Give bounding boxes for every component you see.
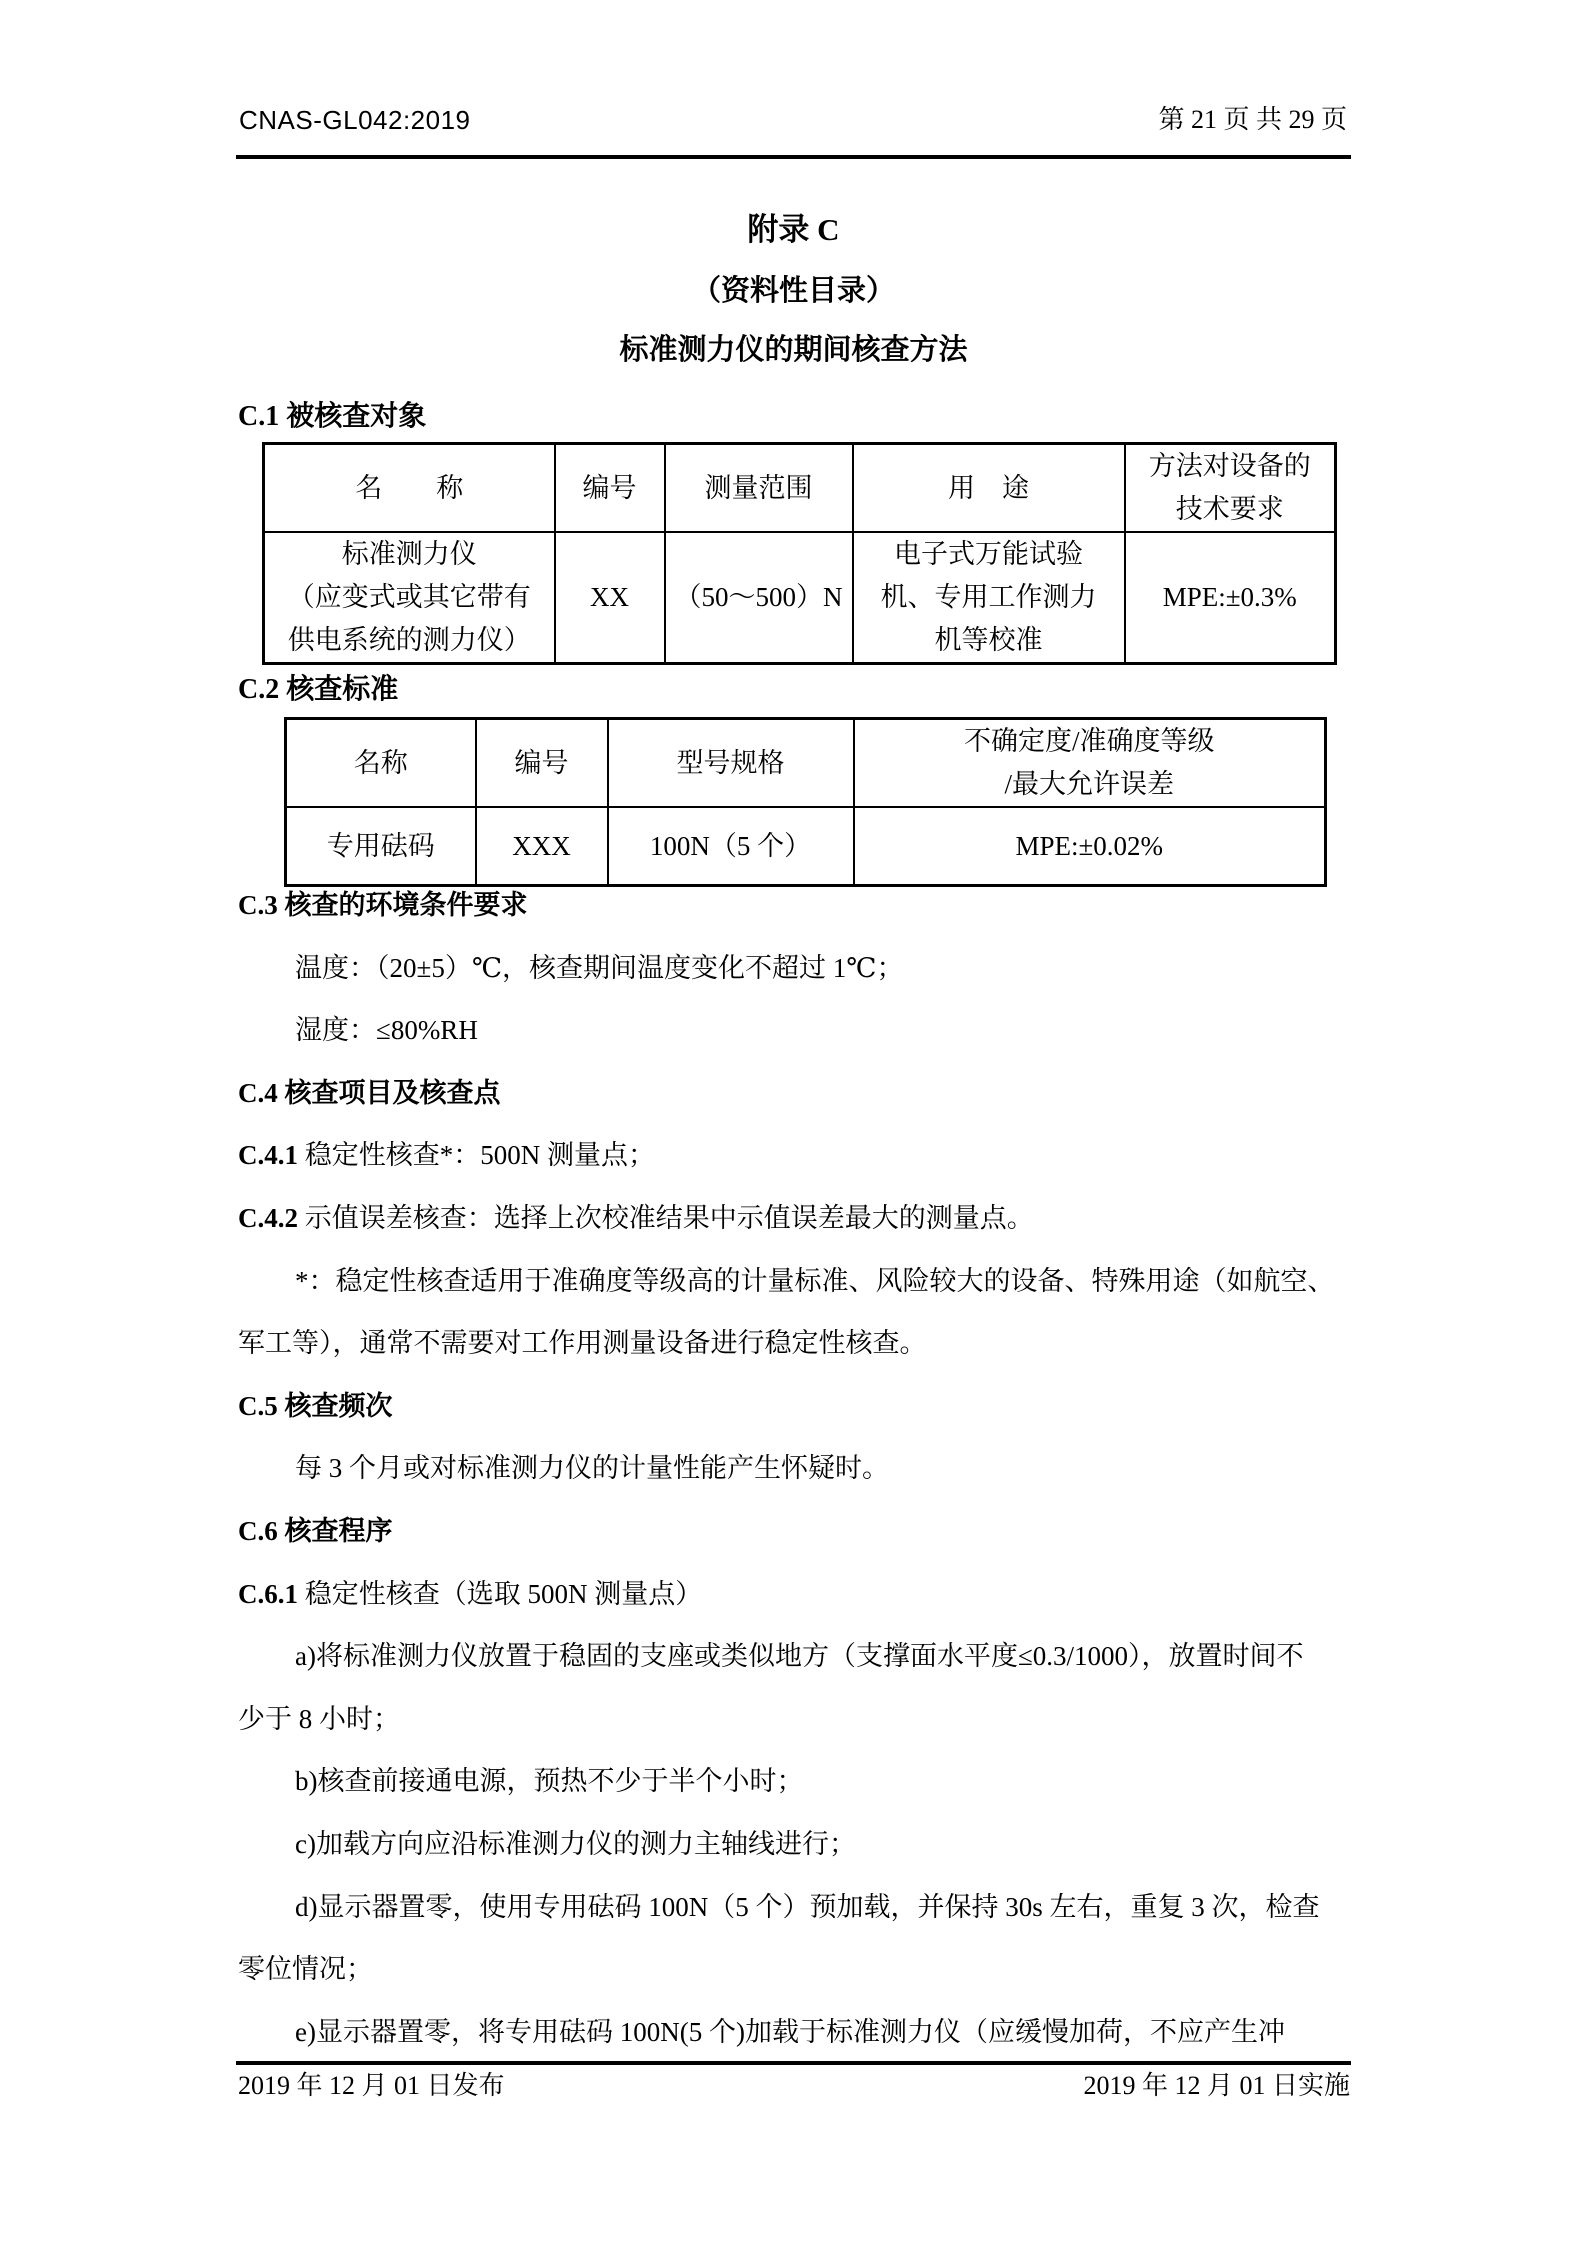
t1-cell-use-line1: 电子式万能试验 [854, 533, 1124, 576]
c6-1-line: C.6.1 稳定性核查（选取 500N 测量点） [238, 1563, 1349, 1626]
footer-implement-date: 2019 年 12 月 01 日实施 [1083, 2071, 1350, 2101]
document-title: 标准测力仪的期间核查方法 [0, 327, 1587, 368]
t1-cell-name-line2: （应变式或其它带有 [265, 576, 554, 619]
c4-note-line2: 军工等），通常不需要对工作用测量设备进行稳定性核查。 [238, 1312, 1349, 1375]
c3-humidity-line: 湿度：≤80%RH [238, 999, 1349, 1062]
footer-rule [236, 2061, 1351, 2065]
t2-header-uncertainty-line1: 不确定度/准确度等级 [855, 720, 1325, 763]
t1-cell-range: （50～500）N [665, 532, 853, 664]
c6-item-b-line: b)核查前接通电源，预热不少于半个小时； [238, 1750, 1349, 1813]
section-c3-heading: C.3 核查的环境条件要求 [238, 874, 1349, 937]
appendix-title: 附录 C [0, 204, 1587, 249]
section-c1-heading: C.1 被核查对象 [238, 394, 426, 434]
t1-header-requirement: 方法对设备的 技术要求 [1125, 444, 1336, 533]
t1-header-use: 用 途 [853, 444, 1125, 533]
page-footer: 2019 年 12 月 01 日发布 2019 年 12 月 01 日实施 [238, 2071, 1350, 2101]
checked-object-table: 名 称 编号 测量范围 用 途 方法对设备的 技术要求 标准测力仪 （应变式或其… [262, 442, 1337, 665]
header-page-number: 第 21 页 共 29 页 [1158, 104, 1347, 136]
section-c2-heading: C.2 核查标准 [238, 667, 398, 707]
c4-2-text: 示值误差核查：选择上次校准结果中示值误差最大的测量点。 [298, 1203, 1034, 1233]
t2-header-uncertainty-line2: /最大允许误差 [855, 763, 1325, 806]
body-text: C.3 核查的环境条件要求 温度：（20±5）℃，核查期间温度变化不超过 1℃；… [238, 874, 1349, 2063]
c6-1-number: C.6.1 [238, 1579, 298, 1609]
c4-1-line: C.4.1 稳定性核查*：500N 测量点； [238, 1124, 1349, 1187]
appendix-subtitle: （资料性目录） [0, 268, 1587, 309]
t1-header-name: 名 称 [264, 444, 555, 533]
table-row: 标准测力仪 （应变式或其它带有 供电系统的测力仪） XX （50～500）N 电… [264, 532, 1336, 664]
t1-cell-use: 电子式万能试验 机、专用工作测力 机等校准 [853, 532, 1125, 664]
c4-1-number: C.4.1 [238, 1140, 298, 1170]
section-c4-heading: C.4 核查项目及核查点 [238, 1062, 1349, 1125]
table-header-row: 名称 编号 型号规格 不确定度/准确度等级 /最大允许误差 [286, 719, 1326, 808]
table-header-row: 名 称 编号 测量范围 用 途 方法对设备的 技术要求 [264, 444, 1336, 533]
section-c6-heading: C.6 核查程序 [238, 1500, 1349, 1563]
c5-body-line: 每 3 个月或对标准测力仪的计量性能产生怀疑时。 [238, 1437, 1349, 1500]
t2-header-name: 名称 [286, 719, 476, 808]
t1-cell-mpe: MPE:±0.3% [1125, 532, 1336, 664]
t1-cell-name-line3: 供电系统的测力仪） [265, 619, 554, 662]
t1-cell-use-line3: 机等校准 [854, 619, 1124, 662]
c6-item-c-line: c)加载方向应沿标准测力仪的测力主轴线进行； [238, 1813, 1349, 1876]
t1-cell-name: 标准测力仪 （应变式或其它带有 供电系统的测力仪） [264, 532, 555, 664]
c4-1-text: 稳定性核查*：500N 测量点； [298, 1140, 655, 1170]
t2-header-id: 编号 [476, 719, 608, 808]
header-doc-code: CNAS-GL042:2019 [239, 104, 471, 136]
t1-cell-id: XX [555, 532, 665, 664]
t1-header-requirement-line1: 方法对设备的 [1126, 445, 1335, 488]
c4-2-line: C.4.2 示值误差核查：选择上次校准结果中示值误差最大的测量点。 [238, 1187, 1349, 1250]
t1-header-requirement-line2: 技术要求 [1126, 488, 1335, 531]
c4-note-line1: *：稳定性核查适用于准确度等级高的计量标准、风险较大的设备、特殊用途（如航空、 [238, 1250, 1349, 1313]
header-rule [236, 155, 1351, 159]
document-page: CNAS-GL042:2019 第 21 页 共 29 页 附录 C （资料性目… [0, 0, 1587, 2245]
t1-header-range: 测量范围 [665, 444, 853, 533]
page-header: CNAS-GL042:2019 第 21 页 共 29 页 [239, 104, 1347, 136]
c6-item-a-line1: a)将标准测力仪放置于稳固的支座或类似地方（支撑面水平度≤0.3/1000），放… [238, 1625, 1349, 1688]
check-standard-table: 名称 编号 型号规格 不确定度/准确度等级 /最大允许误差 专用砝码 XXX 1… [284, 717, 1327, 887]
t1-header-id: 编号 [555, 444, 665, 533]
section-c5-heading: C.5 核查频次 [238, 1375, 1349, 1438]
c6-item-a-line2: 少于 8 小时； [238, 1688, 1349, 1751]
t1-cell-use-line2: 机、专用工作测力 [854, 576, 1124, 619]
c4-2-number: C.4.2 [238, 1203, 298, 1233]
c6-item-d-line2: 零位情况； [238, 1938, 1349, 2001]
footer-release-date: 2019 年 12 月 01 日发布 [238, 2071, 505, 2101]
c6-1-text: 稳定性核查（选取 500N 测量点） [298, 1579, 702, 1609]
c6-item-d-line1: d)显示器置零，使用专用砝码 100N（5 个）预加载，并保持 30s 左右，重… [238, 1876, 1349, 1939]
t2-header-uncertainty: 不确定度/准确度等级 /最大允许误差 [854, 719, 1326, 808]
c6-item-e-line: e)显示器置零，将专用砝码 100N(5 个)加载于标准测力仪（应缓慢加荷，不应… [238, 2001, 1349, 2064]
t1-cell-name-line1: 标准测力仪 [265, 533, 554, 576]
c3-temperature-line: 温度：（20±5）℃，核查期间温度变化不超过 1℃； [238, 937, 1349, 1000]
t2-header-model: 型号规格 [608, 719, 854, 808]
